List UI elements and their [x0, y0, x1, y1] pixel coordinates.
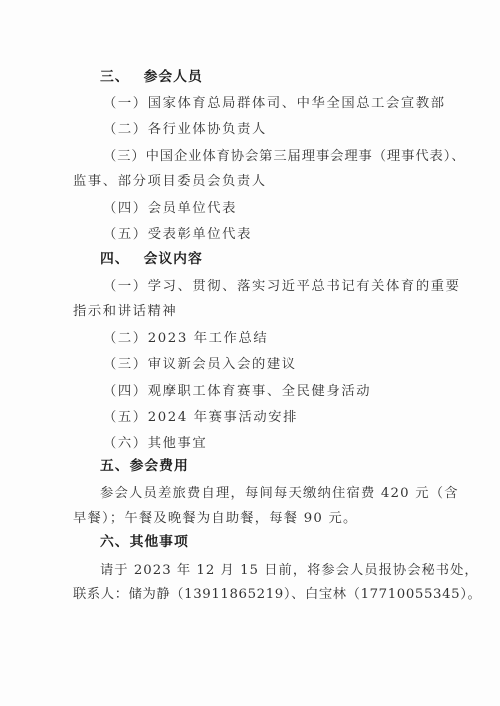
list-item: （六）其他事宜	[103, 435, 207, 453]
section-heading-agenda: 四、会议内容	[100, 250, 203, 268]
list-item: （一）学习、贯彻、落实习近平总书记有关体育的重要	[103, 278, 461, 296]
section-title: 会议内容	[144, 251, 203, 267]
list-item: （二）2023 年工作总结	[103, 330, 268, 348]
list-item: （三）审议新会员入会的建议	[103, 356, 297, 374]
contact-line: 联系人：储为静（13911865219）、白宝林（17710055345）。	[73, 586, 481, 604]
document-page: 三、参会人员 （一）国家体育总局群体司、中华全国总工会宣教部 （二）各行业体协负…	[0, 0, 500, 706]
fees-paragraph-line-2: 早餐）；午餐及晚餐为自助餐，每餐 90 元。	[73, 510, 357, 528]
list-item: （四）会员单位代表	[103, 200, 237, 218]
fees-paragraph-line-1: 参会人员差旅费自理，每间每天缴纳住宿费 420 元（含	[100, 485, 459, 503]
list-item: （二）各行业体协负责人	[103, 121, 267, 139]
other-paragraph-line-1: 请于 2023 年 12 月 15 日前，将参会人员报协会秘书处，	[100, 562, 479, 580]
list-item: （三）中国企业体育协会第三届理事会理事（理事代表）、	[103, 148, 465, 166]
section-title: 参会费用	[130, 458, 189, 474]
list-item-continuation: 监事、部分项目委员会负责人	[73, 173, 267, 191]
section-heading-other: 六、其他事项	[100, 533, 189, 551]
section-number: 三、	[100, 69, 130, 85]
section-number: 五、	[100, 458, 130, 474]
section-number: 四、	[100, 251, 130, 267]
list-item: （四）观摩职工体育赛事、全民健身活动	[103, 383, 371, 401]
section-title: 其他事项	[130, 534, 189, 550]
section-title: 参会人员	[144, 69, 203, 85]
list-item: （五）受表彰单位代表	[103, 226, 252, 244]
list-item: （一）国家体育总局群体司、中华全国总工会宣教部	[103, 95, 446, 113]
list-item-continuation: 指示和讲话精神	[73, 303, 177, 321]
section-heading-attendees: 三、参会人员	[100, 68, 203, 86]
section-heading-fees: 五、参会费用	[100, 457, 189, 475]
list-item: （五）2024 年赛事活动安排	[103, 409, 298, 427]
section-number: 六、	[100, 534, 130, 550]
